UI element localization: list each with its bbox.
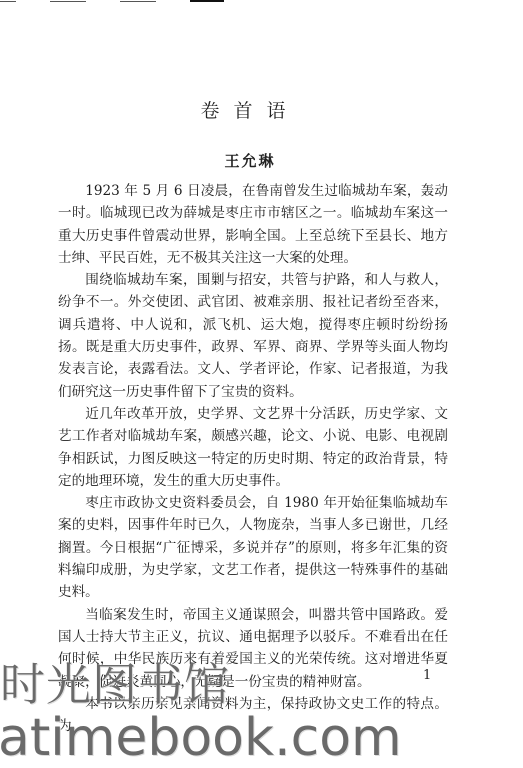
page-number: 1 (423, 668, 431, 683)
paragraph: 枣庄市政协文史资料委员会，自 1980 年开始征集临城劫车案的史料，因事件年时已… (58, 492, 448, 603)
paragraph: 1923 年 5 月 6 日凌晨，在鲁南曾发生过临城劫车案，轰动一时。临城现已改… (58, 180, 448, 269)
top-rule-mark (190, 0, 224, 2)
page-top-marks (0, 0, 523, 6)
top-rule-mark (0, 1, 16, 2)
body-text: 1923 年 5 月 6 日凌晨，在鲁南曾发生过临城劫车案，轰动一时。临城现已改… (58, 180, 448, 737)
watermark-url: atimebook.com (0, 708, 402, 768)
paragraph: 近几年改革开放，史学界、文艺界十分活跃，历史学家、文艺工作者对临城劫车案，颇感兴… (58, 403, 448, 492)
author-name: 王允琳 (0, 150, 500, 171)
top-rule-mark (50, 1, 86, 2)
watermark-chinese: 时光图书馆 (0, 660, 230, 710)
top-rule-mark (120, 1, 156, 2)
paragraph: 围绕临城劫车案，围剿与招安，共管与护路，和人与救人，纷争不一。外交使团、武官团、… (58, 269, 448, 403)
page-title: 卷首语 (0, 96, 500, 123)
